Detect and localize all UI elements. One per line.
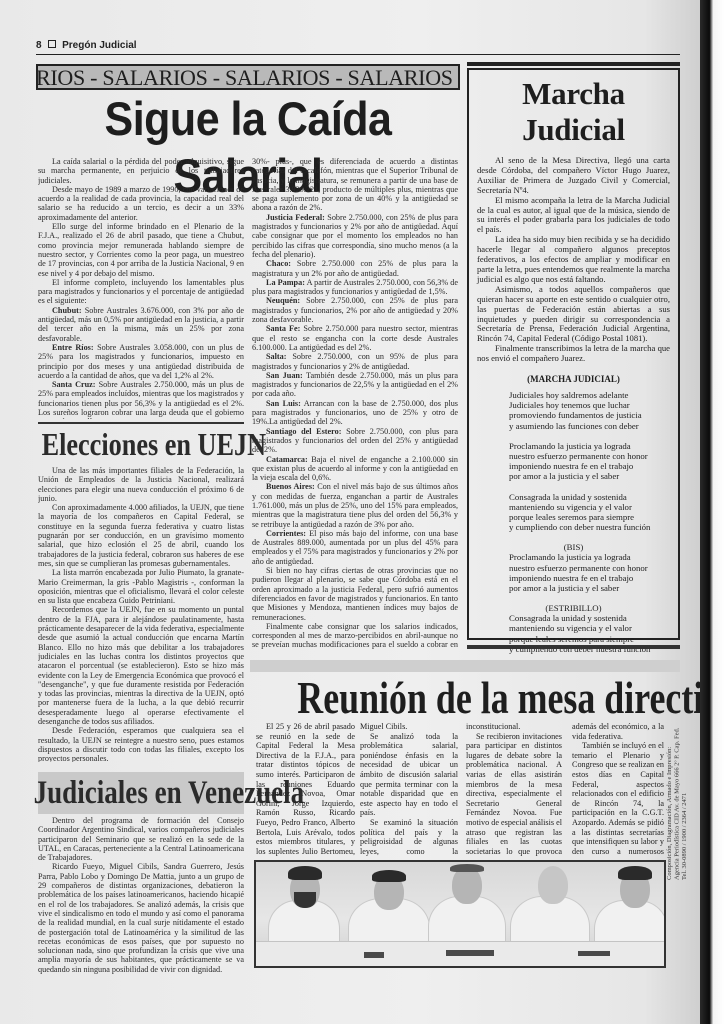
stanza: Proclamando la justicia ya logradanuestr… [477,552,670,593]
stanza-label-bis: (BIS) [477,542,670,552]
paragraph: Desde Federación, esperamos que cualquie… [38,726,244,762]
printer-credits: Composición, Diagramación, Armado e Impr… [666,690,696,880]
paragraph: El mismo acompaña la letra de la Marcha … [477,196,670,236]
marcha-top-rule [467,62,680,66]
meeting-photo [254,860,666,968]
folder [446,950,494,956]
salarios-column-2: 30%- plus-, que es diferenciada de acuer… [252,157,458,653]
paragraph: Con aproximadamente 4.000 afiliados, la … [38,503,244,568]
reunion-column-1: El 25 y 26 de abril pasado se reunió en … [256,722,355,856]
province-entry: San Juan: También desde 2.750.000, más u… [252,371,458,399]
marcha-body: Al seno de la Mesa Directiva, llegó una … [477,156,670,364]
paragraph: Ello surge del informe brindado en el Pl… [38,222,244,278]
page-binding-edge [700,0,724,1024]
province-entry: Chubut: Sobre Australes 3.676.000, con 3… [38,306,244,343]
reunion-column-4: además del económico, a la vida federati… [572,722,664,856]
marcha-judicial-box: Marcha Judicial Al seno de la Mesa Direc… [467,68,680,640]
reunion-headline: Reunión de la mesa directiva [297,672,632,724]
province-entry: La Pampa: A partir de Australes 2.750.00… [252,278,458,297]
page-folio: 8 Pregón Judicial [36,40,137,51]
folder [364,952,384,958]
paragraph: El informe completo, incluyendo los lame… [38,278,244,306]
marcha-bottom-rule [467,645,680,649]
paragraph: La lista marrón encabezada por Julio Piu… [38,568,244,605]
stanza-label-estribillo: (ESTRIBILLO) [477,603,670,613]
province-entry: San Luis: Arrancan con la base de 2.750.… [252,399,458,427]
province-entry: Salta: Sobre 2.750.000, con un 95% de pl… [252,352,458,371]
reunion-column-2: Miguel Cibils. Se analizó toda la proble… [360,722,458,856]
paragraph: Una de las más importantes filiales de l… [38,466,244,503]
salarios-column-1: La caída salarial o la pérdida del poder… [38,157,244,419]
province-entry: Chaco: Sobre 2.750.000 con 25% de plus p… [252,259,458,278]
venezuela-headline: Judiciales en Venezuela [34,772,249,814]
stanza: Consagrada la unidad y sostenidamantenie… [477,492,670,533]
newspaper-page: 8 Pregón Judicial RIOS - SALARIOS - SALA… [0,0,700,1024]
paragraph: Finalmente cabe consignar que los salari… [252,622,458,653]
paragraph: Finalmente transcribimos la letra de la … [477,344,670,364]
square-icon [48,40,56,48]
publication-name: Pregón Judicial [62,40,136,51]
stanza: Proclamando la justicia ya logradanuestr… [477,441,670,482]
stanza: Judiciales hoy saldremos adelanteJudicia… [477,390,670,431]
song-title: (MARCHA JUDICIAL) [477,374,670,384]
province-entry: Corrientes: El piso más bajo del informe… [252,529,458,566]
paragraph: Ricardo Fueyo, Miguel Cibils, Sandra Gue… [38,862,244,974]
paragraph: Recordemos que la UEJN, fue en su moment… [38,605,244,726]
paragraph: Si bien no hay cifras ciertas de otras p… [252,566,458,622]
paragraph: Asimismo, a todos aquellos compañeros qu… [477,285,670,344]
page-number: 8 [36,40,42,51]
paragraph: La caída salarial o la pérdida del poder… [38,157,244,185]
folder [578,951,610,956]
province-entry: Santa Fe: Sobre 2.750.000 para nuestro s… [252,324,458,352]
province-entry: Entre Ríos: Sobre Australes 3.058.000, c… [38,343,244,380]
paragraph: La idea ha sido muy bien recibida y se h… [477,235,670,285]
province-entry: Justicia Federal: Sobre 2.750.000, con 2… [252,213,458,259]
paragraph: Al seno de la Mesa Directiva, llegó una … [477,156,670,196]
elecciones-headline: Elecciones en UEJN [42,424,239,464]
salarios-banner: RIOS - SALARIOS - SALARIOS - SALARIOS - … [36,64,460,90]
province-entry: Neuquén: Sobre 2.750.000, con 25% de plu… [252,296,458,324]
province-entry: Santiago del Estero: Sobre 2.750.000, co… [252,427,458,455]
province-entry: Catamarca: Baja el nivel de enganche a 2… [252,455,458,483]
province-entry: Buenos Aires: Con el nivel más bajo de s… [252,482,458,528]
elecciones-body: Una de las más importantes filiales de l… [38,466,244,762]
marcha-title: Marcha Judicial [477,76,670,148]
header-rule [36,54,680,55]
reunion-column-3: inconstitucional. Se recibieron invitaci… [466,722,562,856]
paragraph: Dentro del programa de formación del Con… [38,816,244,862]
province-entry: Santa Cruz: Sobre Australes 2.750.000, m… [38,380,244,419]
paragraph: Desde mayo de 1989 a marzo de 1990, con … [38,185,244,222]
beard [294,892,316,908]
section-band [250,660,680,672]
venezuela-body: Dentro del programa de formación del Con… [38,816,244,976]
paragraph: 30%- plus-, que es diferenciada de acuer… [252,157,458,213]
